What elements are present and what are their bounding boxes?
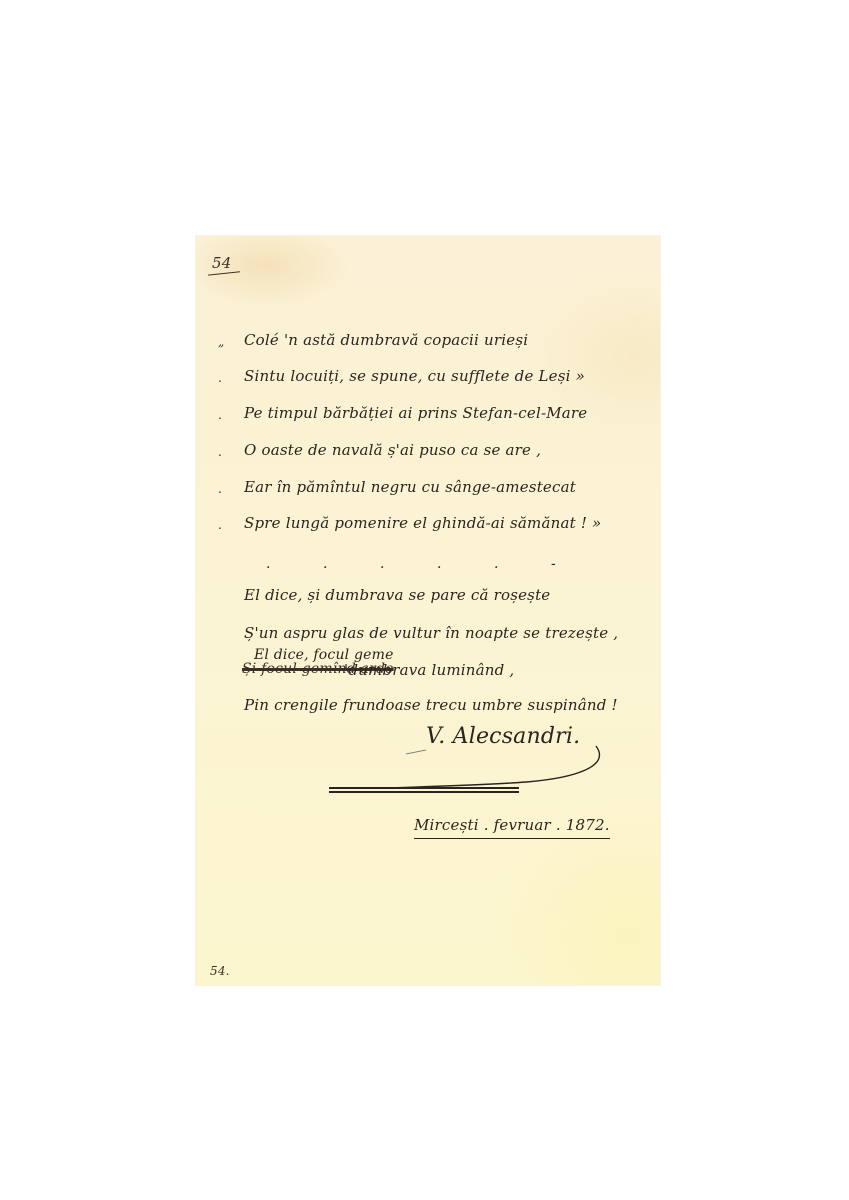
verse-text: Ș'un aspru glas de vultur în noapte se t… <box>244 624 618 642</box>
verse-line: El dice, și dumbrava se pare că roșește <box>196 586 660 616</box>
verse-line: . Pe timpul bărbăției ai prins Stefan-ce… <box>196 404 660 434</box>
quote-mark: . <box>218 482 222 496</box>
verse-text: Ear în pămîntul negru cu sânge-amestecat <box>244 478 576 496</box>
verse-line: . Sintu locuiți, se spune, cu sufflete d… <box>196 367 660 397</box>
separator-dot: . <box>266 556 271 572</box>
double-rule-divider <box>329 787 519 793</box>
verse-text: O oaste de navală ș'ai puso ca se are , <box>244 441 541 459</box>
verse-text: Spre lungă pomenire el ghindă-ai sămănat… <box>244 514 601 532</box>
verse-line: Pin crengile frundoase trecu umbre suspi… <box>196 696 660 726</box>
verse-line: . O oaste de navală ș'ai puso ca se are … <box>196 441 660 471</box>
separator-dot: . <box>323 556 328 572</box>
separator-dot: . <box>380 556 385 572</box>
separator-dot: . <box>494 556 499 572</box>
quote-mark: „ <box>218 335 224 349</box>
separator-dot: - <box>551 556 556 572</box>
verse-text: El dice, și dumbrava se pare că roșește <box>244 586 550 604</box>
quote-mark: . <box>218 408 222 422</box>
quote-mark: . <box>218 371 222 385</box>
quote-mark: . <box>218 518 222 532</box>
manuscript-page: 54 „ Colé 'n astă dumbravă copacii urieș… <box>196 236 660 985</box>
verse-line: . Ear în pămîntul negru cu sânge-amestec… <box>196 478 660 508</box>
verse-text: Sintu locuiți, se spune, cu sufflete de … <box>244 367 585 385</box>
place-date: Mircești . fevruar . 1872. <box>414 816 610 839</box>
page-number-top: 54 <box>212 254 232 272</box>
verse-text: Colé 'n astă dumbravă copacii urieși <box>244 331 528 349</box>
quote-mark: . <box>218 445 222 459</box>
verse-line: „ Colé 'n astă dumbravă copacii urieși <box>196 331 660 361</box>
separator-dot: . <box>437 556 442 572</box>
verse-text: Pin crengile frundoase trecu umbre suspi… <box>244 696 618 714</box>
page-number-bottom: 54. <box>210 964 230 978</box>
verse-line: . Spre lungă pomenire el ghindă-ai sămăn… <box>196 514 660 544</box>
verse-text: Pe timpul bărbăției ai prins Stefan-cel-… <box>244 404 587 422</box>
separator-dots: . . . . . - <box>266 556 556 572</box>
verse-text: 'dumbrava luminând , <box>344 661 514 679</box>
